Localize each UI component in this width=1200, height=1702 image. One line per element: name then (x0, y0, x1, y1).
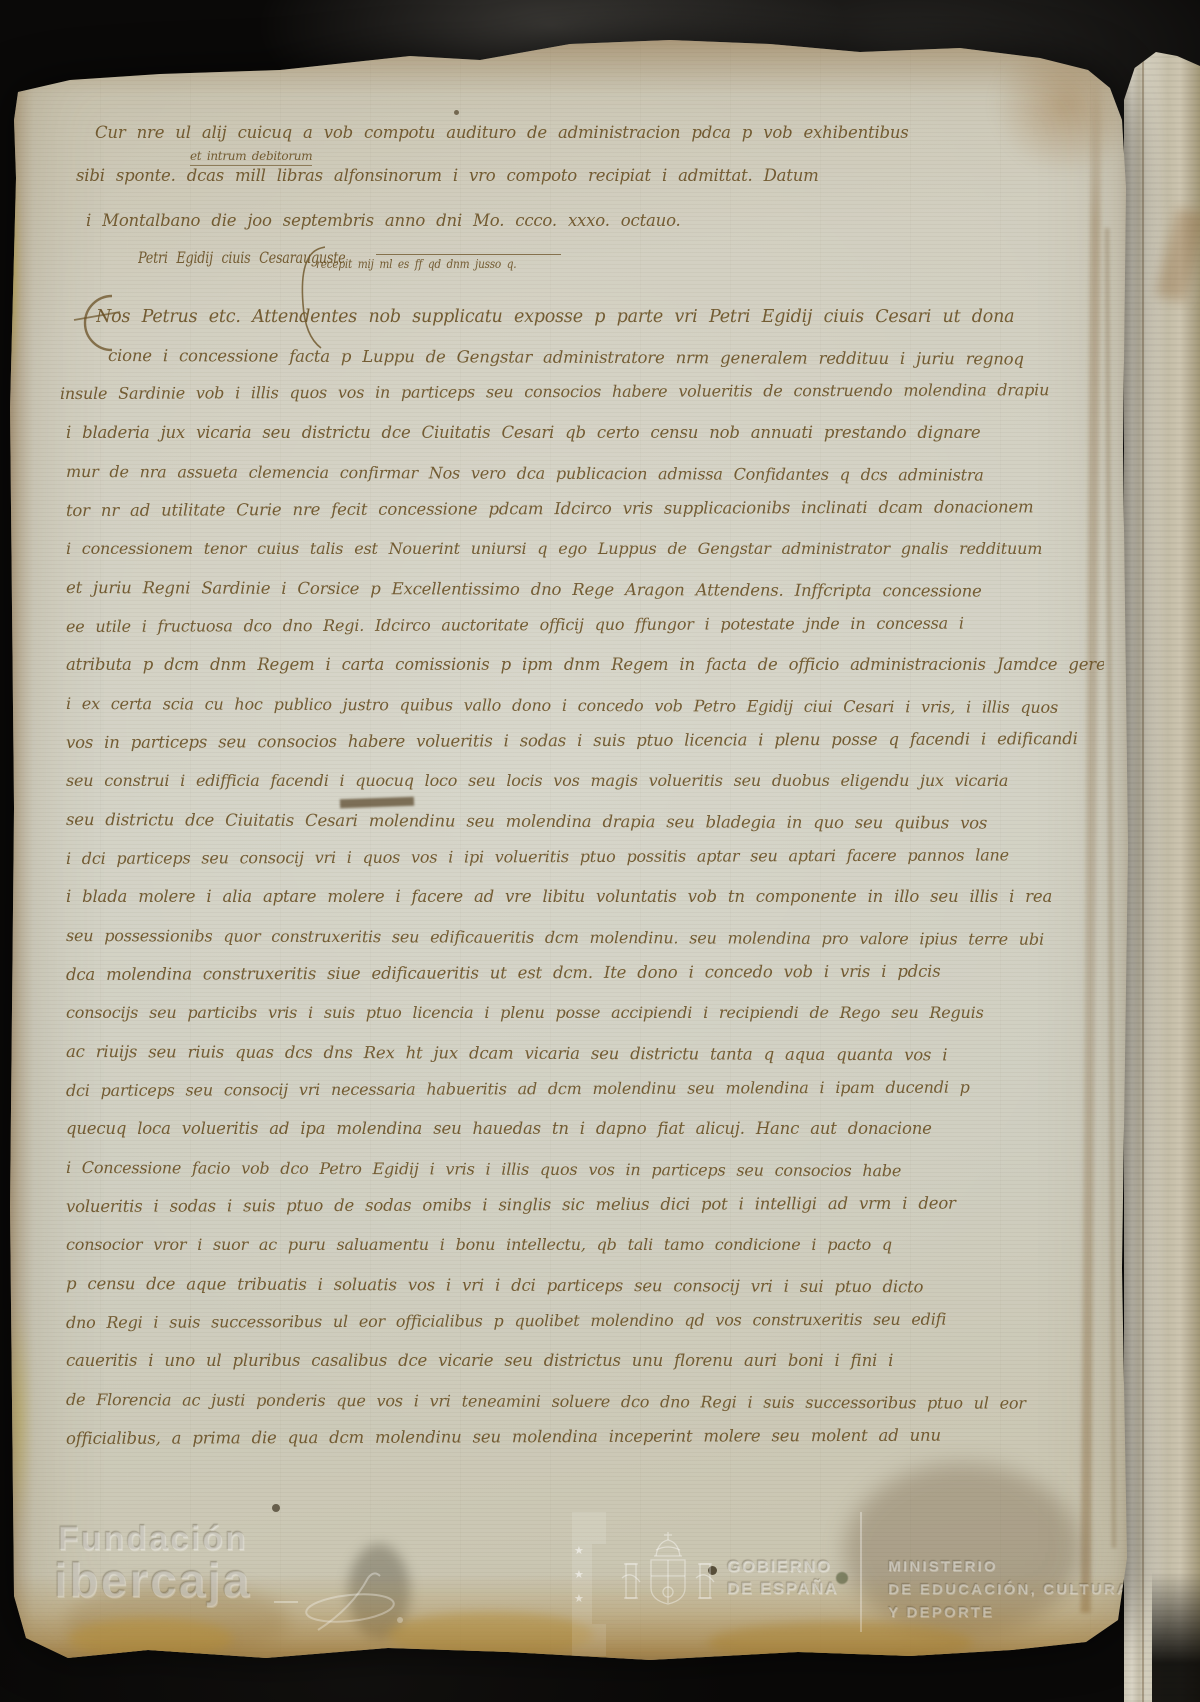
manuscript-line: de Florencia ac justi ponderis que vos i… (66, 1390, 1104, 1424)
archive-photo: Cur nre ul alij cuicuq a vob compotu aud… (0, 0, 1200, 1702)
book-fore-edge (1124, 0, 1200, 1702)
ministerio-line: MINISTERIO (888, 1555, 1130, 1578)
manuscript-line: caueritis i uno ul pluribus casalibus dc… (66, 1351, 1104, 1381)
manuscript-line: ee utile i fructuosa dco dno Regi. Idcir… (66, 613, 1104, 647)
ministerio-watermark: MINISTERIO DE EDUCACIÓN, CULTURA Y DEPOR… (888, 1555, 1130, 1624)
ibercaja-logo-icon (272, 1568, 412, 1638)
manuscript-line: seu districtu dce Ciuitatis Cesari molen… (66, 810, 1104, 844)
manuscript-line: seu possessionibs quor construxeritis se… (66, 926, 1104, 960)
manuscript-line: Nos Petrus etc. Attendentes nob supplica… (96, 307, 1096, 337)
gobierno-line: DE ESPAÑA (727, 1578, 838, 1600)
manuscript-line: seu construi i edifficia facendi i quocu… (66, 771, 1104, 801)
eu-flag-watermark (572, 1512, 592, 1656)
interline-insertion: et intrum debitorum (190, 149, 312, 166)
manuscript-line: tor nr ad utilitate Curie nre fecit conc… (66, 497, 1104, 531)
manuscript-line: insule Sardinie vob i illis quos vos in … (60, 380, 1098, 414)
eu-star-icon: ★ (574, 1568, 584, 1581)
manuscript-page-wrap: Cur nre ul alij cuicuq a vob compotu aud… (10, 28, 1132, 1660)
manuscript-line: i Concessione facio vob dco Petro Egidij… (66, 1158, 1104, 1192)
eu-flag-watermark (592, 1624, 606, 1656)
header-line: i Montalbano die joo septembris anno dni… (86, 211, 826, 241)
manuscript-line: i dci particeps seu consocij vri i quos … (66, 845, 1104, 879)
eu-flag-watermark (592, 1512, 606, 1544)
registration-note: recepit mij ml es ff qd dnm jusso q. (316, 257, 516, 287)
manuscript-line: cione i concessione facta p Luppu de Gen… (108, 346, 1100, 380)
manuscript-page: Cur nre ul alij cuicuq a vob compotu aud… (10, 28, 1132, 1660)
docket-bracket-mark (291, 244, 325, 354)
manuscript-line: officialibus, a prima die qua dcm molend… (66, 1425, 1051, 1459)
manuscript-line: dca molendina construxeritis siue edific… (66, 961, 1104, 995)
manuscript-line: mur de nra assueta clemencia confirmar N… (66, 462, 1104, 496)
watermark-divider (860, 1512, 862, 1632)
manuscript-line: dno Regi i suis successoribus ul eor off… (66, 1309, 1104, 1343)
handwritten-text-layer: Cur nre ul alij cuicuq a vob compotu aud… (10, 28, 1132, 1660)
manuscript-line: quecuq loca volueritis ad ipa molendina … (66, 1119, 1104, 1149)
manuscript-line: i concessionem tenor cuius talis est Nou… (66, 539, 1104, 569)
ministerio-line: DE EDUCACIÓN, CULTURA (888, 1578, 1130, 1601)
ministerio-line: Y DEPORTE (888, 1601, 1130, 1624)
manuscript-line: consocior vror i suor ac puru saluamentu… (66, 1235, 1104, 1265)
manuscript-line: volueritis i sodas i suis ptuo de sodas … (66, 1193, 1104, 1227)
manuscript-line: consocijs seu particibs vris i suis ptuo… (66, 1003, 1104, 1033)
manuscript-line: ac riuijs seu riuis quas dcs dns Rex ht … (66, 1042, 1104, 1076)
strikethrough-mark (340, 797, 414, 809)
manuscript-line: i ex certa scia cu hoc publico justro qu… (66, 694, 1104, 728)
gobierno-line: GOBIERNO (727, 1556, 838, 1578)
eu-star-icon: ★ (574, 1592, 584, 1605)
manuscript-line: i blada molere i alia aptare molere i fa… (66, 887, 1104, 917)
manuscript-line: dci particeps seu consocij vri necessari… (66, 1077, 1104, 1111)
manuscript-line: atributa p dcm dnm Regem i carta comissi… (66, 655, 1104, 685)
spain-coat-of-arms-icon (618, 1526, 718, 1626)
manuscript-line: vos in particeps seu consocios habere vo… (66, 729, 1104, 763)
manuscript-line: p censu dce aque tribuatis i soluatis vo… (66, 1274, 1104, 1308)
fundacion-ibercaja-watermark: ibercaja (54, 1554, 251, 1609)
eu-star-icon: ★ (574, 1544, 584, 1557)
manuscript-line: et juriu Regni Sardinie i Corsice p Exce… (66, 578, 1104, 612)
docket-overline (376, 254, 561, 255)
header-line: sibi sponte. dcas mill libras alfonsinor… (76, 166, 1031, 196)
gobierno-de-espana-watermark: GOBIERNO DE ESPAÑA (727, 1556, 838, 1600)
manuscript-line: i bladeria jux vicaria seu districtu dce… (66, 423, 1104, 453)
